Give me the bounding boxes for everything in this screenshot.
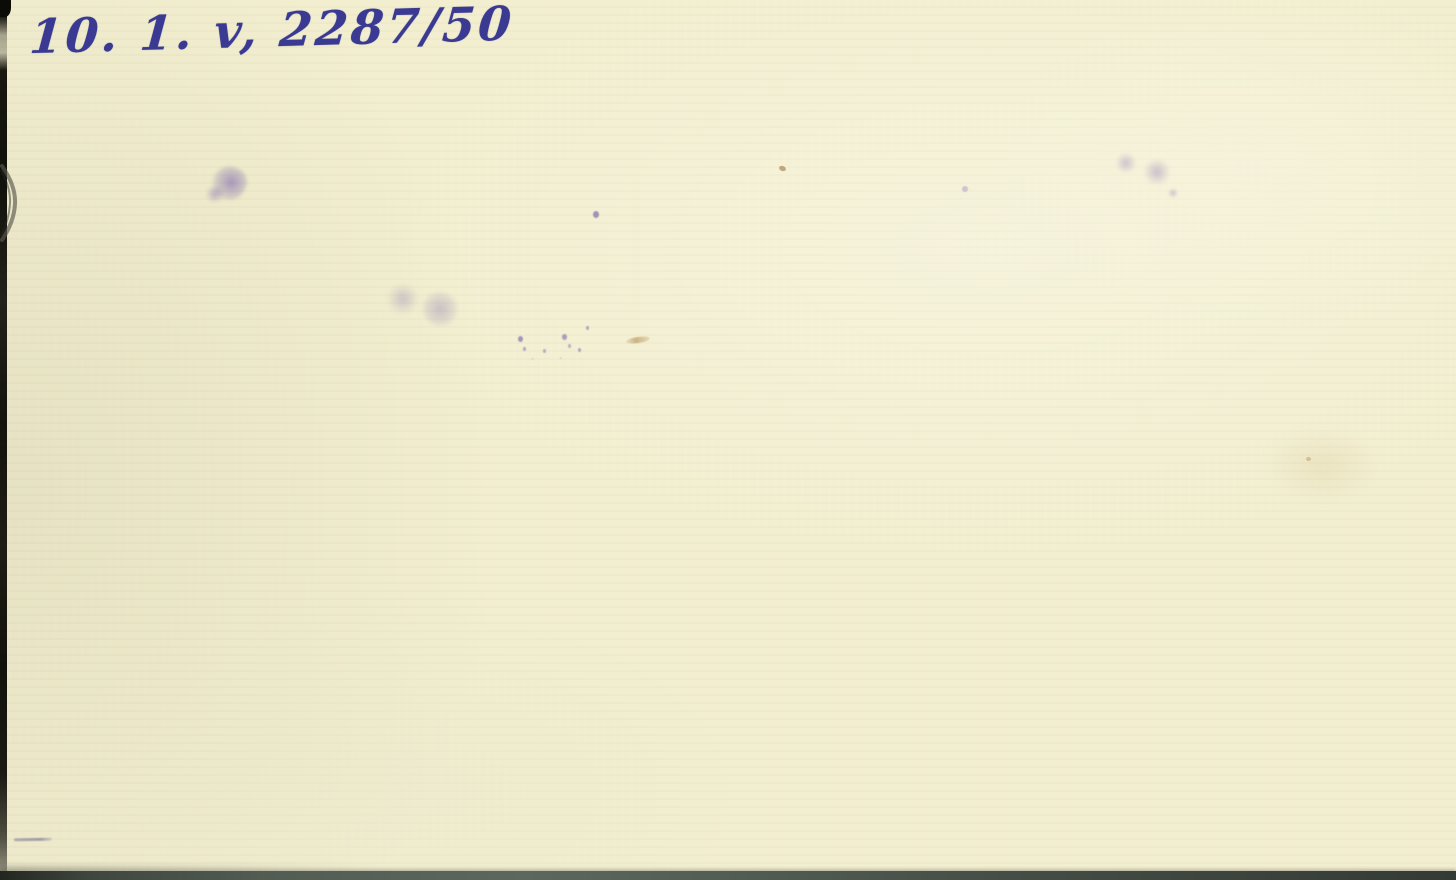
ink-smudge xyxy=(206,160,252,206)
ink-smudge xyxy=(204,186,226,202)
paper-speck xyxy=(962,186,968,192)
ink-smudge xyxy=(386,284,420,314)
scan-edge-bottom xyxy=(0,871,1456,880)
stain-patch xyxy=(1262,428,1382,503)
paper-speck xyxy=(778,165,786,172)
pencil-dash-mark xyxy=(14,838,52,842)
ink-smudge xyxy=(1116,152,1136,174)
paper-speck xyxy=(1306,457,1311,461)
stain-mark xyxy=(626,335,651,344)
scanned-archival-card: 10. 1. v, 2287/50 xyxy=(0,0,1456,880)
page-curl-mark xyxy=(0,164,20,242)
ink-smudge xyxy=(422,292,458,326)
ink-smudge xyxy=(1144,158,1170,186)
ink-speckle-cluster xyxy=(518,336,523,342)
scan-edge-corner xyxy=(0,0,11,17)
ink-smudge xyxy=(1168,188,1178,198)
scan-edge-left xyxy=(0,0,7,880)
ink-dot xyxy=(593,211,599,218)
handwritten-note: 10. 1. v, 2287/50 xyxy=(28,0,552,65)
